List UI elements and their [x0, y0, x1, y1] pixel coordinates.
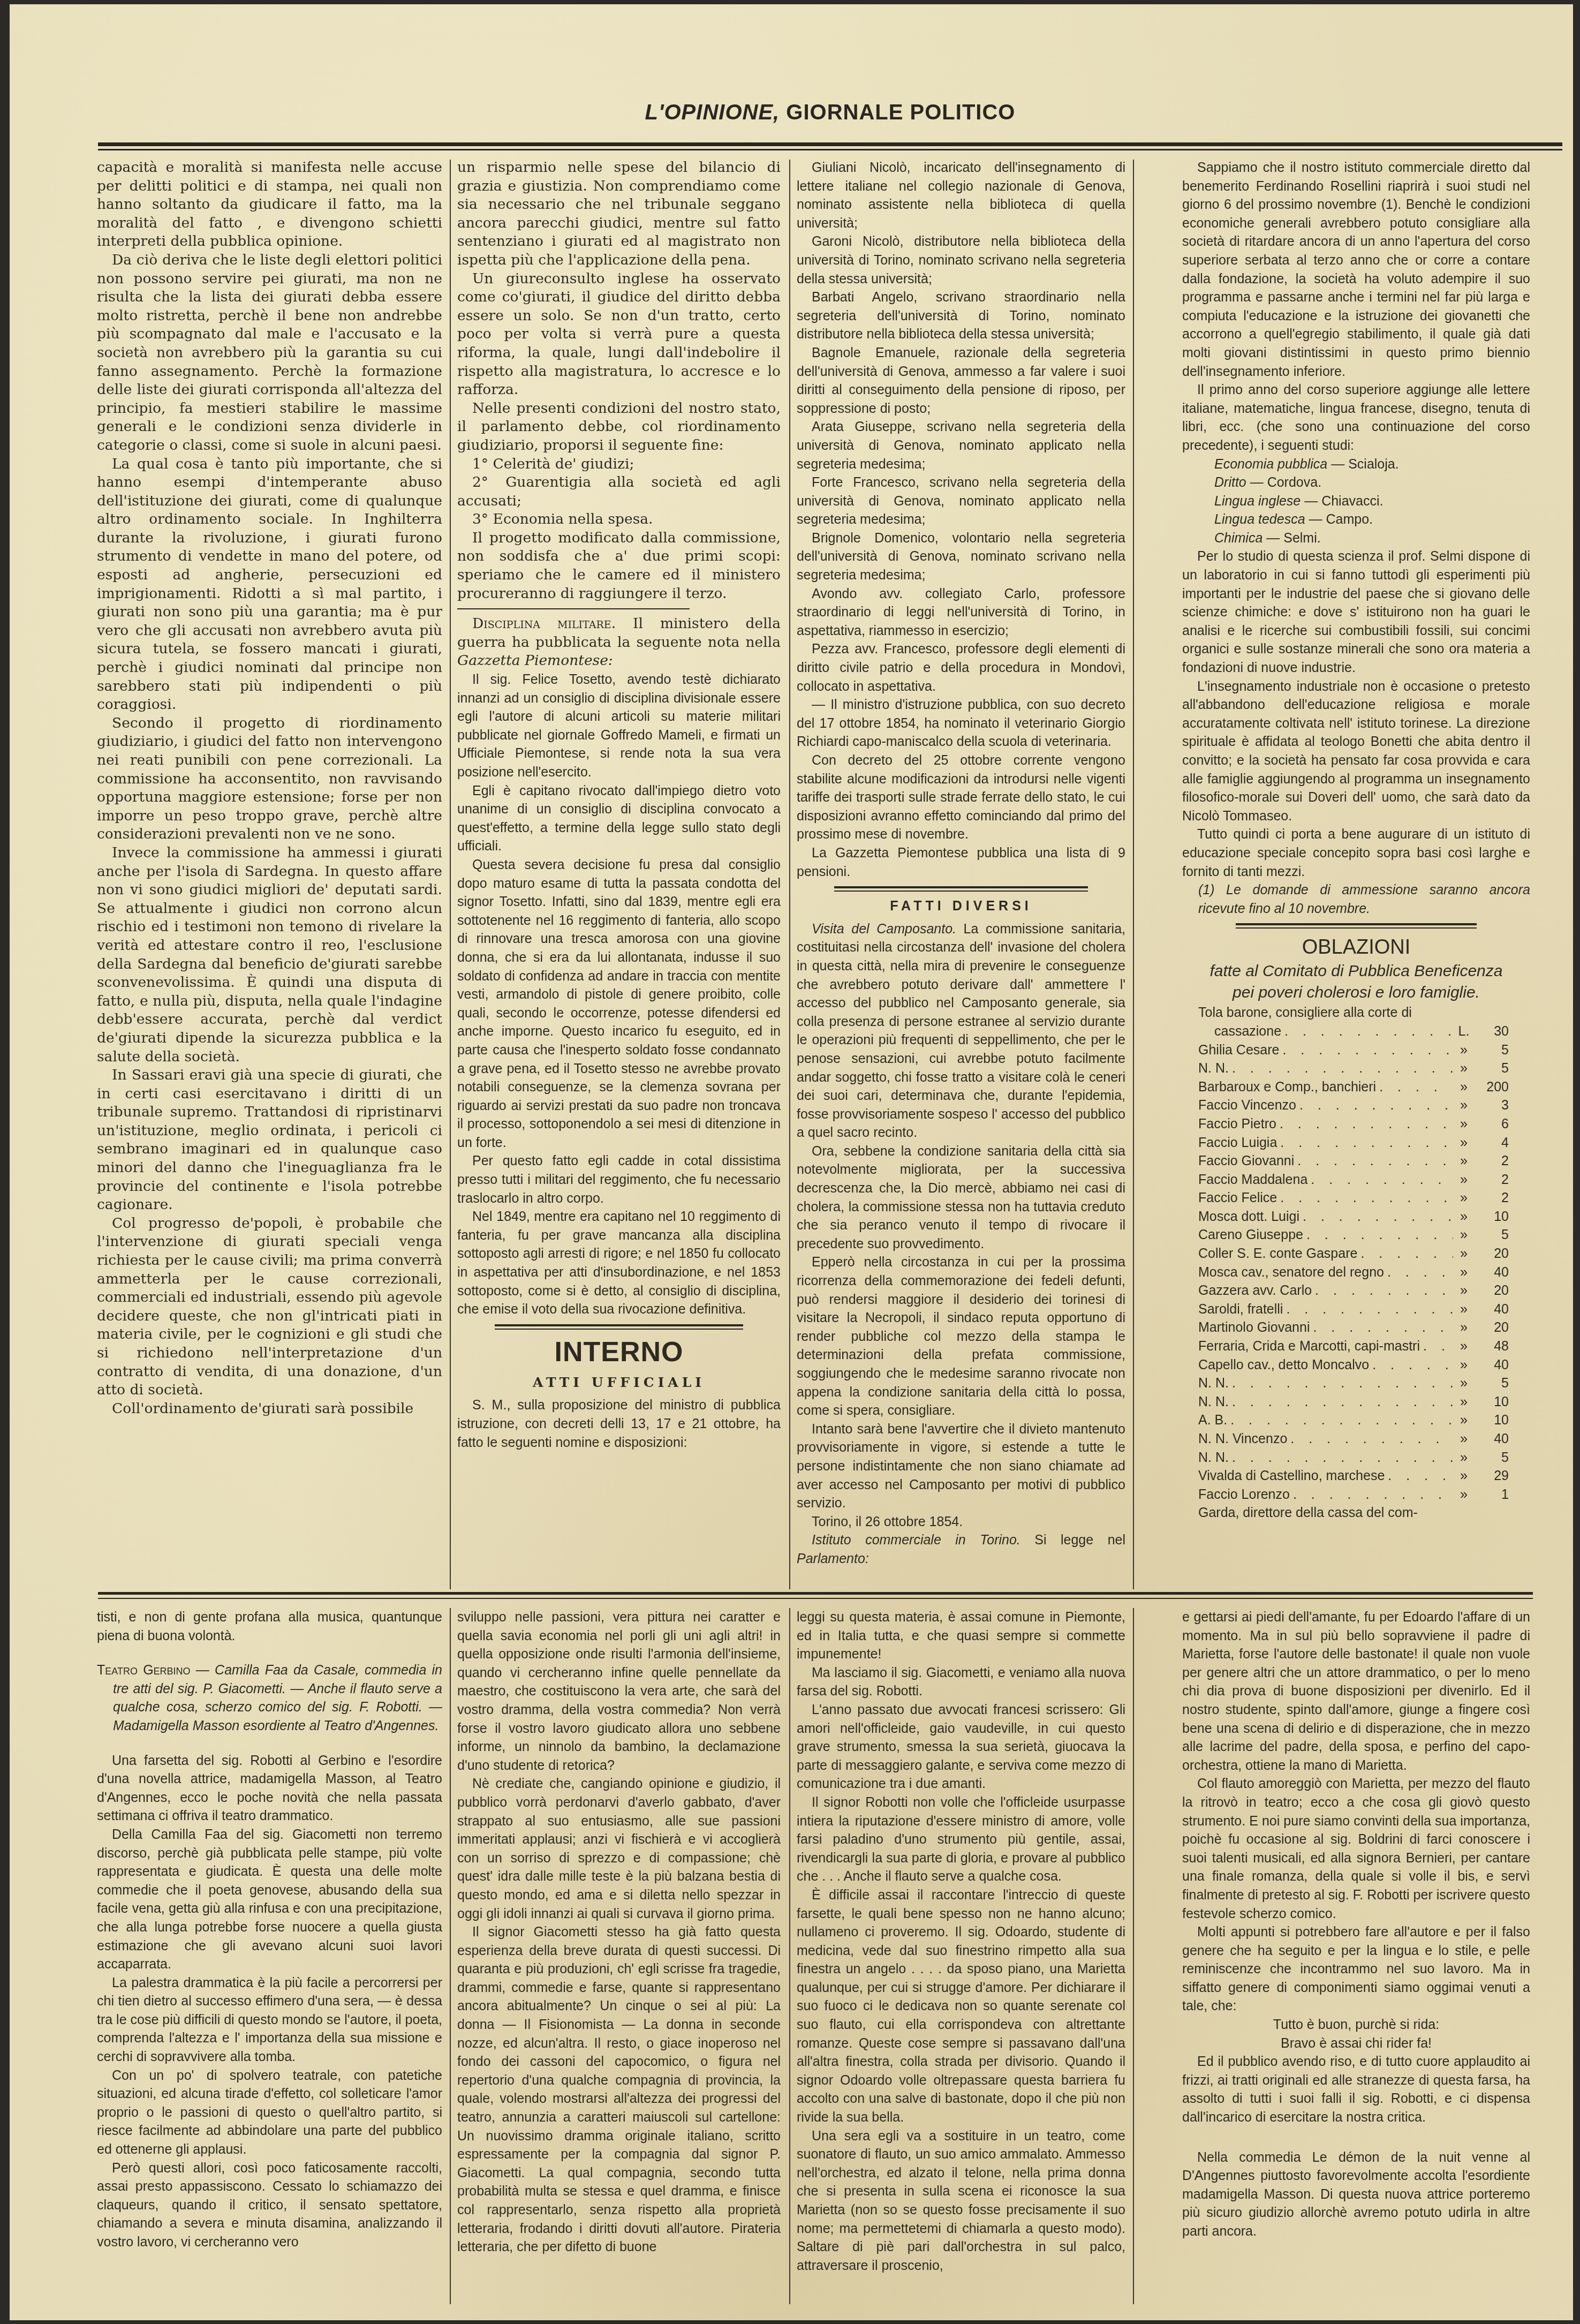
feuilleton-column-2: sviluppo nelle passioni, vera pittura ne… — [457, 1608, 781, 2304]
paragraph: Nè crediate che, cangiando opinione e gi… — [457, 1775, 781, 1923]
course-item: Chimica — Selmi. — [1182, 529, 1530, 548]
section-rule — [1236, 923, 1477, 929]
page-header: L'OPINIONE, GIORNALE POLITICO — [98, 101, 1562, 149]
section-rule — [495, 1324, 743, 1330]
donor-row: Ferraria, Crida e Marcotti, capi-mastri.… — [1182, 1337, 1530, 1356]
list-item: Forte Francesco, scrivano nella segreter… — [797, 473, 1125, 529]
section-subtitle: pei poveri cholerosi e loro famiglie. — [1182, 982, 1530, 1003]
paragraph: Epperò nella circostanza in cui per la p… — [797, 1253, 1125, 1420]
paragraph: Ma lasciamo il sig. Giacometti, e veniam… — [797, 1664, 1125, 1701]
paragraph: È difficile assai il raccontare l'intrec… — [797, 1886, 1125, 2127]
section-title-oblazioni: OBLAZIONI — [1182, 934, 1530, 961]
section-rule — [834, 886, 1088, 892]
column-divider — [1133, 160, 1134, 1589]
paragraph: Un giureconsulto inglese ha osservato co… — [457, 270, 781, 399]
paragraph: sviluppo nelle passioni, vera pittura ne… — [457, 1608, 781, 1775]
donor-row: Faccio Luigia. . . . . . . . . . . . . .… — [1182, 1134, 1530, 1152]
list-item: Garoni Nicolò, distributore nella biblio… — [797, 232, 1125, 288]
theatre-header: Teatro Gerbino — Camilla Faa da Casale, … — [97, 1661, 442, 1735]
verse-line: Bravo è assai chi rider fa! — [1182, 2034, 1530, 2053]
feuilleton-rule-thin — [98, 1598, 1533, 1599]
list-item: Giuliani Nicolò, incaricato dell'insegna… — [797, 159, 1125, 232]
course-item: Lingua inglese — Chiavacci. — [1182, 492, 1530, 511]
paragraph: Una sera egli va a sostituire in un teat… — [797, 2127, 1125, 2275]
paper-subtitle: GIORNALE POLITICO — [786, 101, 1015, 124]
paragraph: capacità e moralità si manifesta nelle a… — [97, 159, 442, 251]
paragraph: In Sassari eravi già una specie di giura… — [97, 1066, 442, 1214]
donor-row: Ghilia Cesare. . . . . . . . . . . . . .… — [1182, 1041, 1530, 1060]
list-item: Barbati Angelo, scrivano straordinario n… — [797, 288, 1125, 344]
feuilleton-column-4: e gettarsi ai piedi dell'amante, fu per … — [1182, 1608, 1530, 2304]
section-rule — [457, 608, 690, 609]
donor-row: Garda, direttore della cassa del com- — [1182, 1504, 1530, 1522]
donor-row: cassazione. . . . . . . . . . . . . . . … — [1182, 1022, 1530, 1041]
column-divider — [789, 160, 790, 1589]
column-divider — [1133, 1608, 1134, 2304]
column-4: Sappiamo che il nostro istituto commerci… — [1182, 159, 1530, 1588]
paragraph: Il signor Robotti non volle che l'officl… — [797, 1793, 1125, 1886]
donor-row: Faccio Vincenzo. . . . . . . . . . . . .… — [1182, 1096, 1530, 1115]
header-rule-thin — [98, 149, 1562, 150]
paragraph: Questa severa decisione fu presa dal con… — [457, 856, 781, 1152]
course-item: Lingua tedesca — Campo. — [1182, 510, 1530, 529]
list-item: Pezza avv. Francesco, professore degli e… — [797, 640, 1125, 696]
newspaper-page: L'OPINIONE, GIORNALE POLITICO capacità e… — [10, 4, 1573, 2320]
donor-row: Mosca dott. Luigi. . . . . . . . . . . .… — [1182, 1208, 1530, 1226]
masthead: L'OPINIONE, GIORNALE POLITICO — [98, 101, 1562, 125]
paragraph: Nel 1849, mentre era capitano nel 10 reg… — [457, 1208, 781, 1319]
list-item: Avondo avv. collegiato Carlo, professore… — [797, 585, 1125, 640]
donor-row: Gazzera avv. Carlo. . . . . . . . . . . … — [1182, 1281, 1530, 1300]
paragraph: L'insegnamento industriale non è occasio… — [1182, 677, 1530, 826]
donor-row: Faccio Maddalena. . . . . . . . . . . . … — [1182, 1171, 1530, 1189]
list-item: Brignole Domenico, volontario nella segr… — [797, 529, 1125, 585]
paragraph: Sappiamo che il nostro istituto commerci… — [1182, 159, 1530, 381]
paragraph: Egli è capitano rivocato dall'impiego di… — [457, 782, 781, 856]
paragraph: Molti appunti si potrebbero fare all'aut… — [1182, 1923, 1530, 2016]
donor-row: N. N.. . . . . . . . . . . . . . . .»5 — [1182, 1374, 1530, 1393]
donor-row: Saroldi, fratelli. . . . . . . . . . . .… — [1182, 1300, 1530, 1319]
donor-row: Tola barone, consigliere alla corte di — [1182, 1003, 1530, 1022]
donor-row: Coller S. E. conte Gaspare. . . . . . . … — [1182, 1244, 1530, 1263]
paragraph: Il primo anno del corso superiore aggiun… — [1182, 381, 1530, 455]
donor-row: N. N.. . . . . . . . . . . . . . . .»5 — [1182, 1059, 1530, 1078]
column-divider — [450, 160, 451, 1589]
feuilleton-column-1: tisti, e non di gente profana alla music… — [97, 1608, 442, 2304]
paragraph: Secondo il progetto di riordinamento giu… — [97, 714, 442, 844]
donor-row: A. B.. . . . . . . . . . . . . . . .»10 — [1182, 1411, 1530, 1430]
paragraph: Tutto quindi ci porta a bene augurare di… — [1182, 825, 1530, 881]
paragraph: Visita del Camposanto. La commissione sa… — [797, 920, 1125, 1142]
paragraph: Però questi allori, così poco faticosame… — [97, 2159, 442, 2252]
paragraph: Da ciò deriva che le liste degli elettor… — [97, 251, 442, 455]
paragraph: Per lo studio di questa scienza il prof.… — [1182, 547, 1530, 677]
paragraph: L'anno passato due avvocati francesi scr… — [797, 1701, 1125, 1793]
donor-row: Capello cav., detto Moncalvo. . . . . . … — [1182, 1356, 1530, 1375]
donor-row: Mosca cav., senatore del regno. . . . . … — [1182, 1263, 1530, 1282]
header-rule-thick — [98, 142, 1562, 146]
paragraph: Della Camilla Faa del sig. Giacometti no… — [97, 1825, 442, 1974]
paragraph: Per questo fatto egli cadde in cotal dis… — [457, 1152, 781, 1208]
paragraph: Nella commedia Le démon de la nuit venne… — [1182, 2148, 1530, 2241]
paragraph: un risparmio nelle spese del bilancio di… — [457, 159, 781, 270]
column-1: capacità e moralità si manifesta nelle a… — [97, 159, 442, 1588]
paragraph: Con decreto del 25 ottobre corrente veng… — [797, 751, 1125, 844]
donor-row: N. N.. . . . . . . . . . . . . . . .»5 — [1182, 1448, 1530, 1467]
column-divider — [789, 1608, 790, 2304]
paragraph: leggi su questa materia, è assai comune … — [797, 1608, 1125, 1664]
column-2: un risparmio nelle spese del bilancio di… — [457, 159, 781, 1588]
paragraph: Istituto commerciale in Torino. Si legge… — [797, 1531, 1125, 1568]
feuilleton-rule — [98, 1592, 1533, 1595]
paragraph: e gettarsi ai piedi dell'amante, fu per … — [1182, 1608, 1530, 1775]
section-title-fatti-diversi: FATTI DIVERSI — [797, 897, 1125, 916]
paragraph: La qual cosa è tanto più importante, che… — [97, 455, 442, 714]
donor-row: N. N. Vincenzo. . . . . . . . . . . . . … — [1182, 1430, 1530, 1448]
donor-row: Martinolo Giovanni. . . . . . . . . . . … — [1182, 1318, 1530, 1337]
paragraph: Invece la commissione ha ammessi i giura… — [97, 844, 442, 1066]
footnote: (1) Le domande di ammessione saranno anc… — [1182, 881, 1530, 918]
paragraph: Intanto sarà bene l'avvertire che il div… — [797, 1420, 1125, 1513]
list-item: Arata Giuseppe, scrivano nella segreteri… — [797, 418, 1125, 473]
paragraph: Il progetto modificato dalla commissione… — [457, 529, 781, 603]
donor-list: Tola barone, consigliere alla corte di c… — [1182, 1003, 1530, 1522]
section-label: Disciplina militare. — [472, 615, 616, 632]
course-item: Dritto — Cordova. — [1182, 473, 1530, 492]
list-item: 1° Celerità de' giudizi; — [457, 455, 781, 474]
paragraph: Con un po' di spolvero teatrale, con pat… — [97, 2066, 442, 2159]
section-subtitle: ATTI UFFICIALI — [457, 1374, 781, 1392]
donor-row: Faccio Giovanni. . . . . . . . . . . . .… — [1182, 1152, 1530, 1171]
list-item: 3° Economia nella spesa. — [457, 510, 781, 529]
paragraph: Nelle presenti condizioni del nostro sta… — [457, 399, 781, 455]
paragraph: Col progresso de'popoli, è probabile che… — [97, 1214, 442, 1400]
paper-name: L'OPINIONE, — [645, 101, 780, 124]
section-subtitle: fatte al Comitato di Pubblica Beneficenz… — [1182, 961, 1530, 982]
paragraph: Il sig. Felice Tosetto, avendo testè dic… — [457, 670, 781, 782]
list-item: Bagnole Emanuele, razionale della segret… — [797, 344, 1125, 418]
paragraph: Il signor Giacometti stesso ha già fatto… — [457, 1923, 781, 2257]
column-divider — [450, 1608, 451, 2304]
paragraph: Ora, sebbene la condizione sanitaria del… — [797, 1142, 1125, 1254]
paragraph: Ed il pubblico avendo riso, e di tutto c… — [1182, 2053, 1530, 2126]
paragraph: Una farsetta del sig. Robotti al Gerbino… — [97, 1752, 442, 1825]
paragraph: La palestra drammatica è la più facile a… — [97, 1974, 442, 2066]
donor-row: Faccio Lorenzo. . . . . . . . . . . . . … — [1182, 1485, 1530, 1504]
paragraph: Coll'ordinamento de'giurati sarà possibi… — [97, 1400, 442, 1418]
paragraph: La Gazzetta Piemontese pubblica una list… — [797, 844, 1125, 881]
dateline: Torino, il 26 ottobre 1854. — [797, 1513, 1125, 1531]
donor-row: Vivalda di Castellino, marchese. . . . .… — [1182, 1467, 1530, 1485]
paragraph: tisti, e non di gente profana alla music… — [97, 1608, 442, 1645]
donor-row: Barbaroux e Comp., banchieri. . . . . . … — [1182, 1078, 1530, 1097]
donor-row: Careno Giuseppe. . . . . . . . . . . . .… — [1182, 1226, 1530, 1244]
list-item: 2° Guarentigia alla società ed agli accu… — [457, 473, 781, 510]
donor-row: Faccio Felice. . . . . . . . . . . . . .… — [1182, 1189, 1530, 1208]
course-item: Economia pubblica — Scialoja. — [1182, 455, 1530, 474]
section-title-interno: INTERNO — [457, 1335, 781, 1369]
military-body: Il sig. Felice Tosetto, avendo testè dic… — [457, 670, 781, 1319]
paragraph: — Il ministro d'istruzione pubblica, con… — [797, 696, 1125, 751]
military-notice: Disciplina militare. Il ministero della … — [457, 615, 781, 670]
paragraph: Col flauto amoreggiò con Marietta, per m… — [1182, 1775, 1530, 1923]
feuilleton-column-3: leggi su questa materia, è assai comune … — [797, 1608, 1125, 2304]
donor-row: Faccio Pietro. . . . . . . . . . . . . .… — [1182, 1115, 1530, 1134]
verse-line: Tutto è buon, purchè si rida: — [1182, 2016, 1530, 2034]
paragraph: S. M., sulla proposizione del ministro d… — [457, 1396, 781, 1452]
donor-row: N. N.. . . . . . . . . . . . . . . .»10 — [1182, 1393, 1530, 1412]
column-3: Giuliani Nicolò, incaricato dell'insegna… — [797, 159, 1125, 1588]
